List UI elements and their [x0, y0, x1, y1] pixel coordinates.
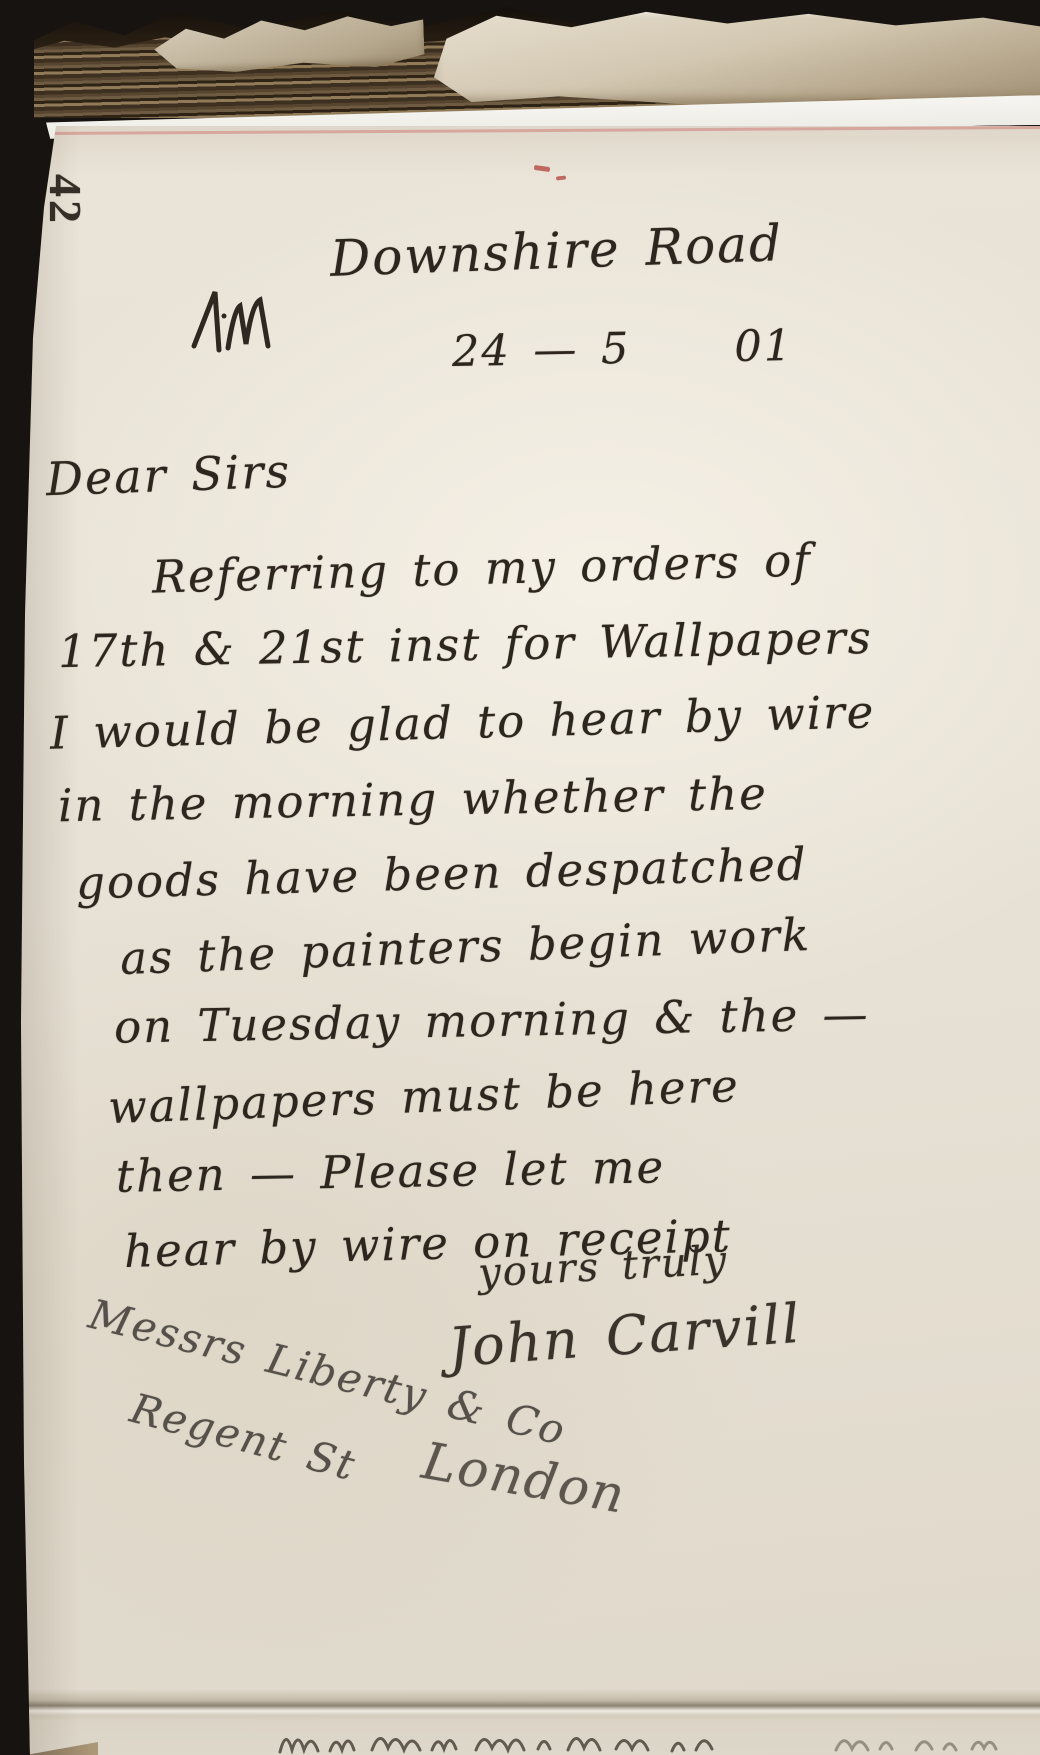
salutation: Dear Sirs — [45, 444, 292, 507]
handwritten-line: Referring to my orders of — [151, 533, 812, 603]
handwritten-line: in the morning whether the — [58, 767, 769, 832]
letter-page: 42 Downshire Road 24 — 501 Dear Sirs Ref… — [0, 126, 1040, 1755]
scanned-letterbook-page: 42 Downshire Road 24 — 501 Dear Sirs Ref… — [0, 0, 1040, 1755]
signature: John Carvill — [446, 1292, 803, 1380]
folio-number: 42 — [18, 152, 114, 248]
letter-heading-address: Downshire Road — [329, 214, 784, 288]
letter-date: 24 — 501 — [452, 321, 794, 377]
torn-page-fragment-right — [434, 10, 1040, 106]
ink-check-mark — [188, 282, 292, 370]
handwritten-line: goods have been despatched — [75, 837, 808, 909]
red-page-edge-line — [48, 126, 1040, 135]
handwritten-line: on Tuesday morning & the — — [114, 987, 870, 1053]
date-gap — [631, 361, 735, 363]
handwritten-line: wallpapers must be here — [107, 1059, 740, 1134]
red-edge-fleck — [534, 165, 551, 172]
handwritten-line: then — Please let me — [116, 1140, 666, 1203]
date-year: 01 — [734, 321, 794, 372]
red-edge-fleck — [556, 175, 566, 180]
date-day-month: 24 — 5 — [452, 324, 631, 377]
addressee-street: Regent St — [126, 1384, 362, 1490]
handwritten-line: I would be glad to hear by wire — [49, 685, 875, 760]
handwritten-line: 17th & 21st inst for Wallpapers — [58, 611, 874, 678]
handwritten-line: as the painters begin work — [119, 908, 812, 985]
next-page-text-fragment — [276, 1724, 1016, 1754]
